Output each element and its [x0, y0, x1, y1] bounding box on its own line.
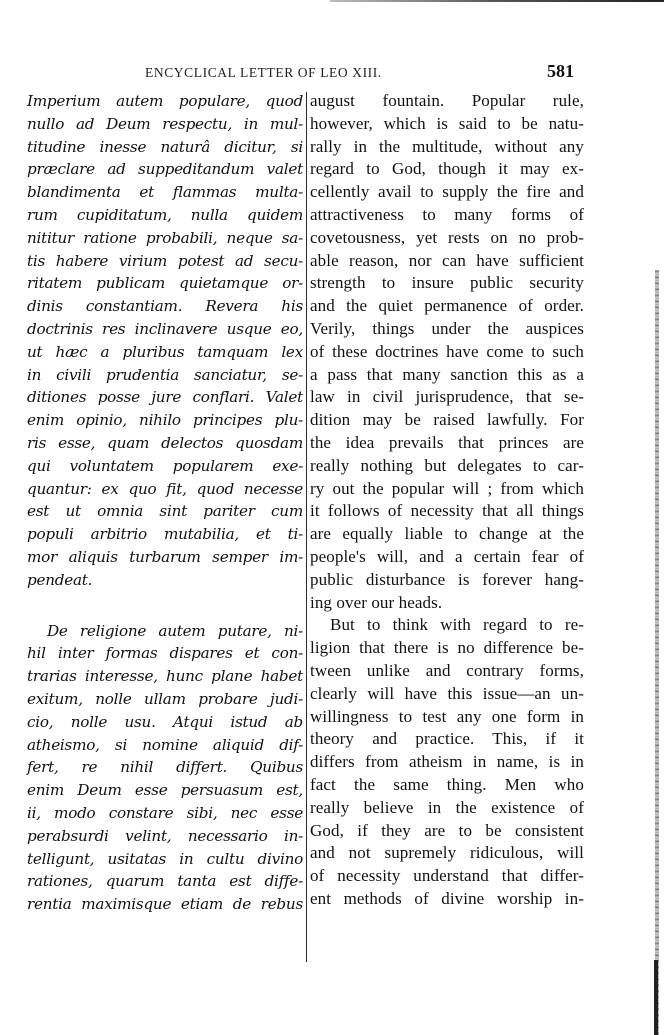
text-line: doctrinis res inclinavere usque eo, — [27, 318, 303, 341]
text-line: Verily, things under the auspices — [310, 318, 584, 341]
text-line: But to think with regard to re- — [310, 614, 584, 637]
text-line: rentia maximisque etiam de rebus — [27, 893, 303, 916]
latin-paragraph-1: Imperium autem populare, quod nullo ad D… — [27, 90, 303, 592]
text-line: rationes, quarum tanta est diffe- — [27, 870, 303, 893]
text-line: are equally liable to change at the — [310, 523, 584, 546]
text-line: attractiveness to many forms of — [310, 204, 584, 227]
text-line: qui voluntatem popularem exe- — [27, 455, 303, 478]
text-line: fact the same thing. Men who — [310, 774, 584, 797]
text-line: theory and practice. This, if it — [310, 728, 584, 751]
text-line: able reason, nor can have sufficient — [310, 250, 584, 273]
text-line: enim opinio, nihilo principes plu- — [27, 409, 303, 432]
english-paragraph-2: But to think with regard to re- ligion t… — [310, 614, 584, 910]
paragraph-gap — [27, 592, 303, 620]
text-line: really believe in the existence of — [310, 797, 584, 820]
text-line: tis habere virium potest ad secu- — [27, 250, 303, 273]
text-line: telligunt, usitatas in cultu divino — [27, 848, 303, 871]
text-line: exitum, nolle ullam probare judi- — [27, 688, 303, 711]
text-line: perabsurdi velint, necessario in- — [27, 825, 303, 848]
latin-paragraph-2: De religione autem putare, ni- hil inter… — [27, 620, 303, 916]
text-line: trarias interesse, hunc plane habet — [27, 665, 303, 688]
text-line: fert, re nihil differt. Quibus — [27, 756, 303, 779]
text-line: cellently avail to supply the fire and — [310, 181, 584, 204]
text-line: public disturbance is forever hang- — [310, 569, 584, 592]
text-line: hil inter formas dispares et con- — [27, 642, 303, 665]
text-line: pendeat. — [27, 569, 303, 592]
text-line: atheismo, si nomine aliquid dif- — [27, 734, 303, 757]
text-line: ing over our heads. — [310, 592, 584, 615]
text-line: rally in the multitude, without any — [310, 136, 584, 159]
text-line: covetousness, yet rests on no prob- — [310, 227, 584, 250]
text-line: law in civil jurisprudence, that se- — [310, 386, 584, 409]
text-line: august fountain. Popular rule, — [310, 90, 584, 113]
text-line: a pass that many sanction this as a — [310, 364, 584, 387]
text-line: cio, nolle usu. Atqui istud ab — [27, 711, 303, 734]
text-line: rum cupiditatum, nulla quidem — [27, 204, 303, 227]
text-line: ent methods of divine worship in- — [310, 888, 584, 911]
text-line: nullo ad Deum respectu, in mul- — [27, 113, 303, 136]
text-line: however, which is said to be natu- — [310, 113, 584, 136]
running-title: ENCYCLICAL LETTER OF LEO XIII. — [145, 65, 382, 81]
text-line: quantur: ex quo fit, quod necesse — [27, 478, 303, 501]
text-line: est ut omnia sint pariter cum — [27, 500, 303, 523]
text-line: titudine inesse naturâ dicitur, si — [27, 136, 303, 159]
text-line: tween unlike and contrary forms, — [310, 660, 584, 683]
text-line: really nothing but delegates to car- — [310, 455, 584, 478]
text-line: in civili prudentia sanciatur, se- — [27, 364, 303, 387]
page-number: 581 — [547, 61, 574, 82]
text-line: ligion that there is no difference be- — [310, 637, 584, 660]
text-line: the idea prevails that princes are — [310, 432, 584, 455]
text-line: clearly will have this issue—an un- — [310, 683, 584, 706]
text-line: ut hæc a pluribus tamquam lex — [27, 341, 303, 364]
latin-column: Imperium autem populare, quod nullo ad D… — [27, 90, 303, 916]
text-line: regard to God, though it may ex- — [310, 158, 584, 181]
english-paragraph-1: august fountain. Popular rule, however, … — [310, 90, 584, 614]
text-line: Imperium autem populare, quod — [27, 90, 303, 113]
scan-top-edge — [330, 0, 664, 2]
text-line: blandimenta et flammas multa- — [27, 181, 303, 204]
text-line: populi arbitrio mutabilia, et ti- — [27, 523, 303, 546]
running-head: ENCYCLICAL LETTER OF LEO XIII. 581 — [0, 61, 664, 85]
text-line: dition may be raised lawfully. For — [310, 409, 584, 432]
text-line: of necessity understand that differ- — [310, 865, 584, 888]
text-line: and the quiet permanence of order. — [310, 295, 584, 318]
text-line: people's will, and a certain fear of — [310, 546, 584, 569]
text-line: God, if they are to be consistent — [310, 820, 584, 843]
text-line: præclare ad suppeditandum valet — [27, 158, 303, 181]
column-divider — [306, 92, 307, 962]
text-line: willingness to test any one form in — [310, 706, 584, 729]
text-line: ris esse, quam delectos quosdam — [27, 432, 303, 455]
text-line: of these doctrines have come to such — [310, 341, 584, 364]
text-line: enim Deum esse persuasum est, — [27, 779, 303, 802]
text-line: ritatem publicam quietamque or- — [27, 272, 303, 295]
scan-margin-shadow — [654, 960, 658, 1035]
text-line: ry out the popular will ; from which — [310, 478, 584, 501]
english-column: august fountain. Popular rule, however, … — [310, 90, 584, 911]
text-line: and not supremely ridiculous, will — [310, 842, 584, 865]
text-line: De religione autem putare, ni- — [27, 620, 303, 643]
text-line: mor aliquis turbarum semper im- — [27, 546, 303, 569]
text-line: it follows of necessity that all things — [310, 500, 584, 523]
scan-margin-artifact — [655, 270, 659, 1035]
text-line: ditiones posse jure conflari. Valet — [27, 386, 303, 409]
text-line: strength to insure public security — [310, 272, 584, 295]
text-line: nititur ratione probabili, neque sa- — [27, 227, 303, 250]
text-line: ii, modo constare sibi, nec esse — [27, 802, 303, 825]
text-line: differs from atheism in name, is in — [310, 751, 584, 774]
text-line: dinis constantiam. Revera his — [27, 295, 303, 318]
